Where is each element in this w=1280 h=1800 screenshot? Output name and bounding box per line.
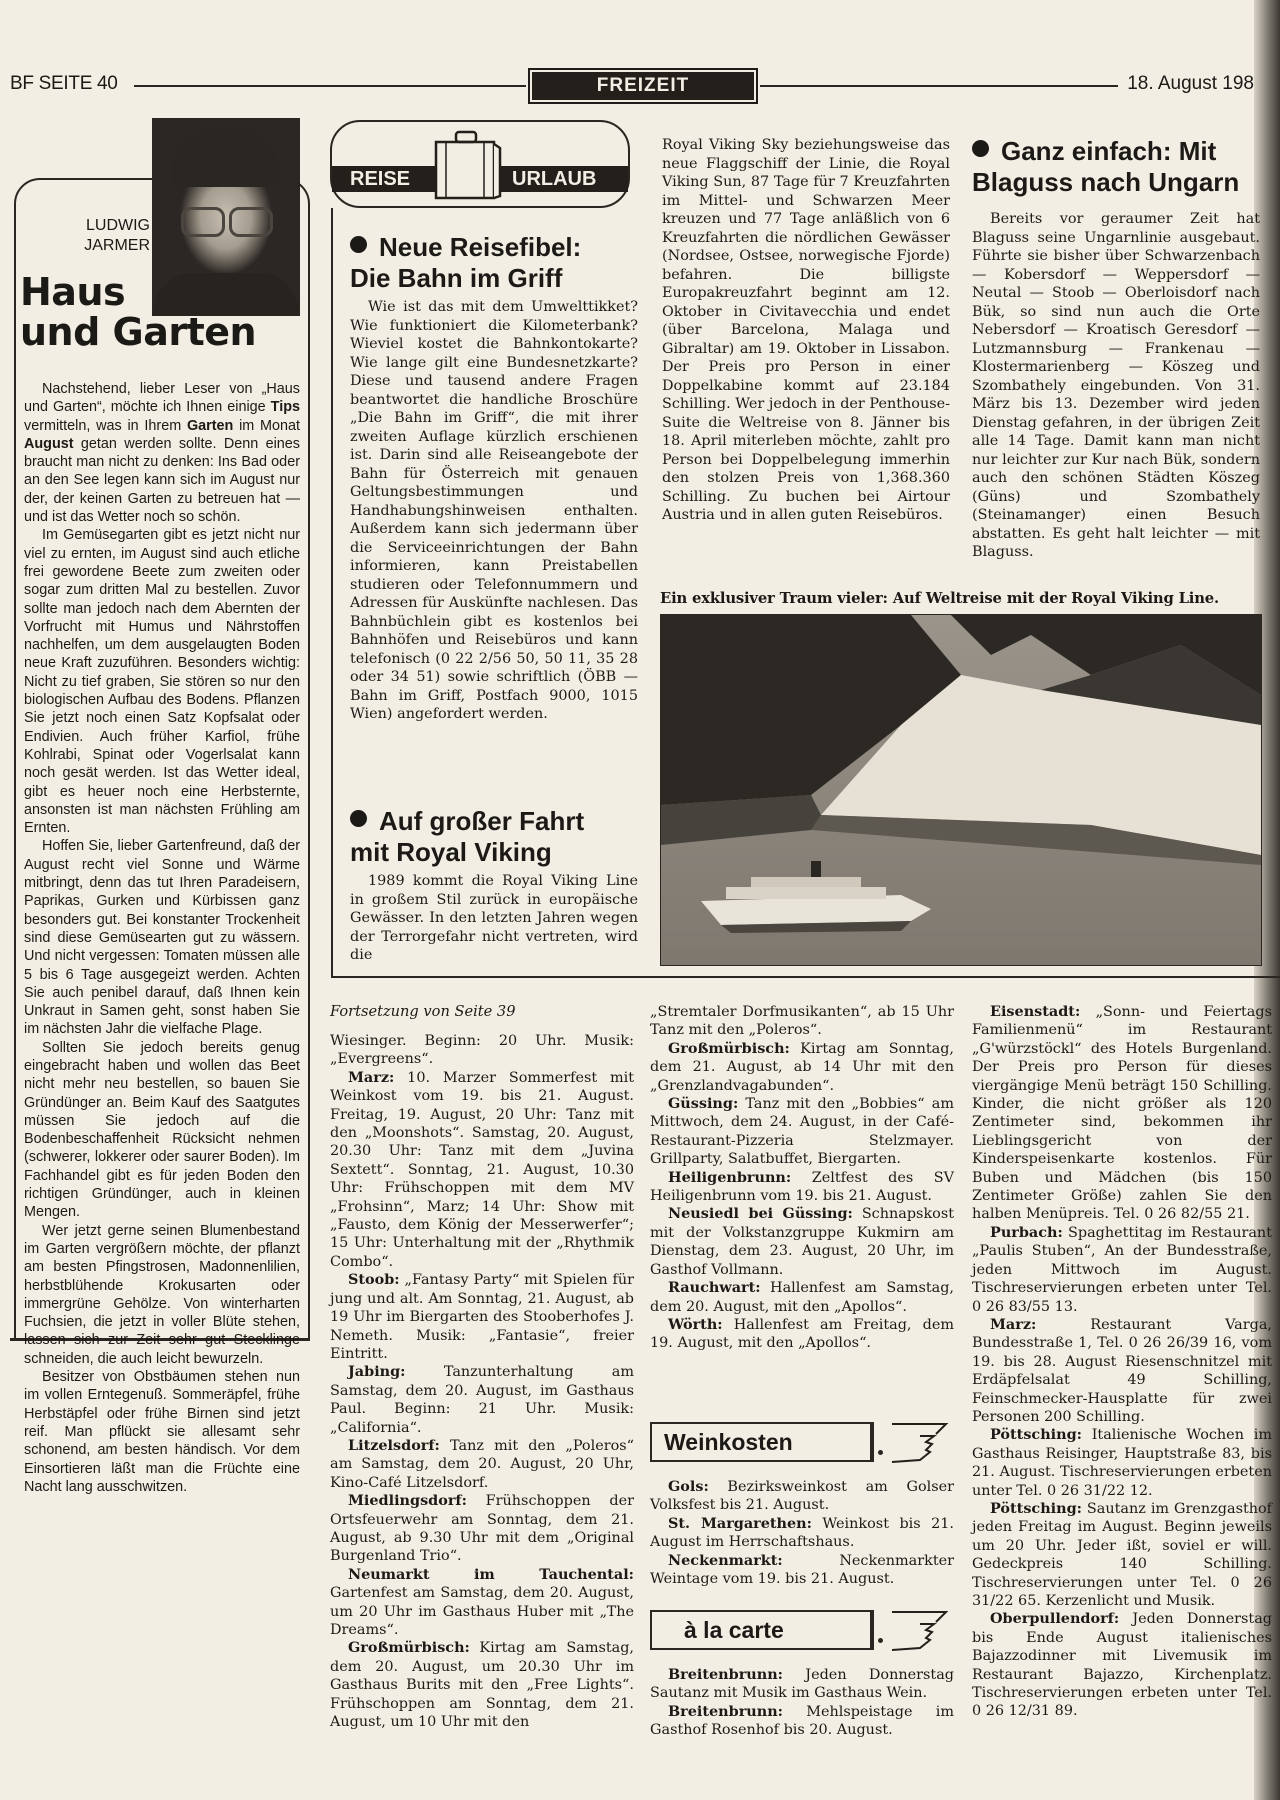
haus-garten-body: Nachstehend, lieber Leser von „Haus und … [24,380,300,1496]
event-entry: Stoob: „Fantasy Party“ mit Spielen für j… [330,1271,634,1363]
author-name: LUDWIG JARMER [68,216,150,256]
event-place: Wörth: [668,1316,723,1333]
event-place: Purbach: [990,1224,1063,1241]
issue-date: 18. August 198 [1127,73,1254,95]
event-entry: St. Margarethen: Weinkost bis 21. August… [650,1515,954,1552]
events-column-2: „Stremtaler Dorfmusikanten“, ab 15 Uhr T… [650,1003,954,1353]
event-entry: Pöttsching: Italienische Wochen im Gasth… [972,1426,1272,1500]
paragraph: Wer jetzt gerne seinen Blumenbestand im … [24,1222,300,1368]
header-rule-right [760,85,1118,87]
event-place: Eisenstadt: [990,1003,1080,1020]
a-la-carte-list: Breitenbrunn: Jeden Donnerstag Sautanz m… [650,1666,954,1740]
blaguss-body: Bereits vor geraumer Zeit hat Blaguss se… [972,210,1260,562]
event-entry: Wiesinger. Beginn: 20 Uhr. Musik: „Everg… [330,1032,634,1069]
event-entry: Breitenbrunn: Mehlspeistage im Gasthof R… [650,1703,954,1740]
event-entry: Neumarkt im Tauchental: Gartenfest am Sa… [330,1566,634,1640]
cruise-ship-photo [660,614,1262,966]
event-entry: Jabing: Tanzunterhaltung am Samstag, dem… [330,1363,634,1437]
event-place: Miedlingsdorf: [348,1492,467,1509]
section-title: FREIZEIT [532,72,754,100]
event-place: Neckenmarkt: [668,1552,783,1569]
bullet-icon [350,810,367,827]
event-place: Großmürbisch: [668,1040,790,1057]
event-place: Marz: [990,1316,1036,1333]
section-badge: FREIZEIT [528,68,758,104]
event-place: Güssing: [668,1095,738,1112]
a-la-carte-kicker: à la carte [650,1610,950,1654]
event-entry: Oberpullendorf: Jeden Donnerstag bis End… [972,1610,1272,1720]
continuation-note: Fortsetzung von Seite 39 [330,1003,516,1020]
paragraph: Hoffen Sie, lieber Gartenfreund, daß der… [24,837,300,1038]
event-place: Oberpullendorf: [990,1610,1119,1627]
suitcase-icon [432,130,504,200]
event-place: Gols: [668,1478,709,1495]
glacier-ship-image [661,615,1261,965]
event-entry: Rauchwart: Hallenfest am Samstag, dem 20… [650,1279,954,1316]
royal-viking-body-cont: Royal Viking Sky beziehungsweise das neu… [662,136,950,525]
event-place: Pöttsching: [990,1500,1082,1517]
weinkosten-kicker: Weinkosten [650,1422,950,1466]
event-place: Jabing: [348,1363,406,1380]
event-place: Neusiedl bei Güssing: [668,1205,853,1222]
pointing-hand-icon [890,1610,952,1652]
paragraph: Sollten Sie jedoch bereits genug eingebr… [24,1039,300,1222]
column-title: Haus und Garten [20,272,256,352]
page-number: BF SEITE 40 [10,73,118,95]
weinkosten-list: Gols: Bezirksweinkost am Golser Volksfes… [650,1478,954,1588]
event-place: Stoob: [348,1271,400,1288]
event-place: Neumarkt im Tauchental: [348,1566,634,1583]
event-entry: Wörth: Hallenfest am Freitag, dem 19. Au… [650,1316,954,1353]
event-entry: Neckenmarkt: Neckenmarkter Weintage vom … [650,1552,954,1589]
event-place: Großmürbisch: [348,1639,470,1656]
event-entry: Miedlingsdorf: Frühschoppen der Ortsfeue… [330,1492,634,1566]
event-entry: Großmürbisch: Kirtag am Sonntag, dem 21.… [650,1040,954,1095]
pointing-hand-icon [890,1422,952,1464]
photo-caption: Ein exklusiver Traum vieler: Auf Weltrei… [660,590,1280,607]
event-place: Litzelsdorf: [348,1437,440,1454]
events-column-1: Wiesinger. Beginn: 20 Uhr. Musik: „Everg… [330,1032,634,1731]
reisefibel-body: Wie ist das mit dem Umwelttikket? Wie fu… [350,298,638,724]
event-entry: Marz: 10. Marzer Sommerfest mit Weinkost… [330,1069,634,1271]
reise-label: REISE [350,166,410,192]
events-column-3: Eisenstadt: „Sonn- und Feiertags Familie… [972,1003,1272,1721]
event-entry: Gols: Bezirksweinkost am Golser Volksfes… [650,1478,954,1515]
event-place: Breitenbrunn: [668,1666,783,1683]
urlaub-label: URLAUB [512,166,596,192]
event-entry: Neusiedl bei Güssing: Schnapskost mit de… [650,1205,954,1279]
bullet-icon [972,140,989,157]
event-place: Pöttsching: [990,1426,1082,1443]
event-entry: Breitenbrunn: Jeden Donnerstag Sautanz m… [650,1666,954,1703]
header-rule-left [134,85,526,87]
event-entry: Litzelsdorf: Tanz mit den „Poleros“ am S… [330,1437,634,1492]
royal-viking-body-start: 1989 kommt die Royal Viking Line in groß… [350,872,638,965]
paragraph: Im Gemüsegarten gibt es jetzt nicht nur … [24,526,300,837]
event-entry: Eisenstadt: „Sonn- und Feiertags Familie… [972,1003,1272,1224]
event-entry: Güssing: Tanz mit den „Bobbies“ am Mittw… [650,1095,954,1169]
headline-blaguss: Ganz einfach: Mit Blaguss nach Ungarn [972,136,1272,198]
event-place: Heiligenbrunn: [668,1169,791,1186]
event-entry: „Stremtaler Dorfmusikanten“, ab 15 Uhr T… [650,1003,954,1040]
event-entry: Purbach: Spaghettitag im Restaurant „Pau… [972,1224,1272,1316]
event-place: St. Margarethen: [668,1515,812,1532]
event-entry: Pöttsching: Sautanz im Grenzgasthof jede… [972,1500,1272,1610]
event-entry: Großmürbisch: Kirtag am Samstag, dem 20.… [330,1639,634,1731]
bullet-icon [350,236,367,253]
section-divider [331,976,1280,978]
headline-royal-viking: Auf großer Fahrt mit Royal Viking [350,806,640,868]
event-place: Breitenbrunn: [668,1703,783,1720]
event-entry: Heiligenbrunn: Zeltfest des SV Heiligenb… [650,1169,954,1206]
paragraph: Nachstehend, lieber Leser von „Haus und … [24,380,300,526]
event-place: Marz: [348,1069,394,1086]
headline-reisefibel: Neue Reisefibel: Die Bahn im Griff [350,232,640,294]
column-rule [331,208,333,978]
event-entry: Marz: Restaurant Varga, Bundesstraße 1, … [972,1316,1272,1426]
paragraph: Besitzer von Obstbäumen stehen nun im vo… [24,1368,300,1496]
event-place: Rauchwart: [668,1279,761,1296]
